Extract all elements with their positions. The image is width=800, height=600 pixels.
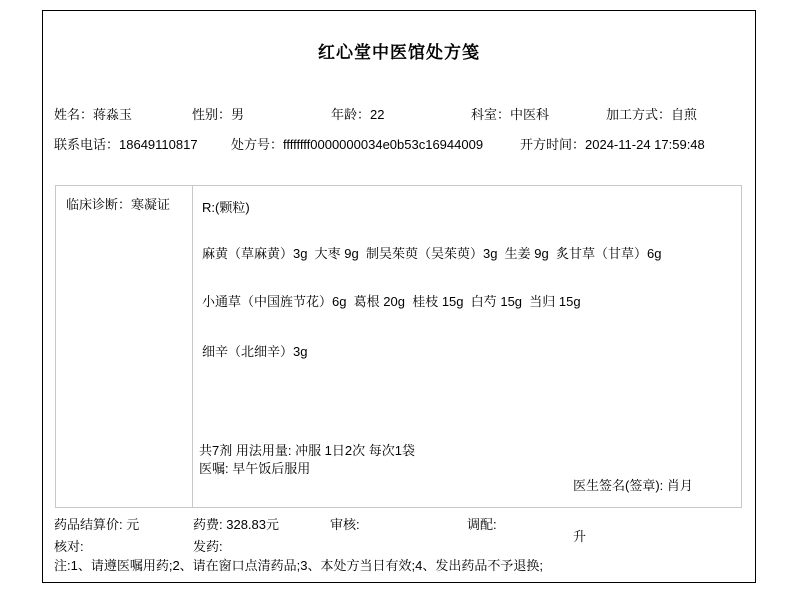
patient-age-value: 22 [370,107,384,122]
patient-name-label: 姓名： [54,107,93,122]
rx-header: R:(颗粒) [202,200,250,215]
usage-line: 共7剂 用法用量: 冲服 1日2次 每次1袋 [199,443,415,458]
doctor-signature-line2: 升 [573,528,733,545]
settlement-price-label: 药品结算价: [54,517,126,532]
fee-value: 328.83元 [226,517,279,532]
settlement-price-value: 元 [126,517,139,532]
rx-number-label: 处方号： [231,137,283,152]
check-field: 核对: [54,539,84,554]
page-title: 红心堂中医馆处方笺 [43,38,755,63]
phone-value: 18649110817 [119,137,198,152]
compound-field: 调配: [467,517,497,532]
processing-method-label: 加工方式： [606,107,671,122]
processing-method-value: 自煎 [671,107,697,122]
rx-number-field: 处方号：ffffffff0000000034e0b53c16944009 [231,137,483,152]
patient-gender-field: 性别：男 [192,107,244,122]
review-field: 审核: [330,517,360,532]
herb-line-3: 细辛（北细辛）3g [202,344,732,359]
patient-name-field: 姓名：蒋淼玉 [54,107,132,122]
rx-number-value: ffffffff0000000034e0b53c16944009 [283,137,483,152]
dispense-field: 发药: [193,539,223,554]
herb-line-2: 小通草（中国旌节花）6g 葛根 20g 桂枝 15g 白芍 15g 当归 15g [202,294,732,309]
prescription-box: 临床诊断：寒凝证 R:(颗粒) 麻黄（草麻黄）3g 大枣 9g 制吴茱萸（吴茱萸… [55,185,742,508]
patient-age-label: 年龄： [331,107,370,122]
patient-gender-value: 男 [231,107,244,122]
department-label: 科室： [471,107,510,122]
issue-time-field: 开方时间：2024-11-24 17:59:48 [520,137,705,152]
settlement-price-field: 药品结算价: 元 [54,517,139,532]
processing-method-field: 加工方式：自煎 [606,107,697,122]
phone-label: 联系电话： [54,137,119,152]
patient-age-field: 年龄：22 [331,107,384,122]
fee-field: 药费: 328.83元 [193,517,279,532]
prescription-page: 红心堂中医馆处方笺 姓名：蒋淼玉 性别：男 年龄：22 科室：中医科 加工方式：… [0,0,800,600]
issue-time-label: 开方时间： [520,137,585,152]
doctor-signature-line1: 医生签名(签章): 肖月 [573,477,733,494]
doctor-advice-line: 医嘱: 早午饭后服用 [199,461,310,476]
phone-field: 联系电话：18649110817 [54,137,198,152]
prescription-form-border: 红心堂中医馆处方笺 姓名：蒋淼玉 性别：男 年龄：22 科室：中医科 加工方式：… [42,10,756,583]
diagnosis-column-divider [192,186,193,507]
patient-gender-label: 性别： [192,107,231,122]
patient-name-value: 蒋淼玉 [93,107,132,122]
department-field: 科室：中医科 [471,107,549,122]
diagnosis-field: 临床诊断：寒凝证 [66,197,170,212]
diagnosis-label: 临床诊断： [66,197,131,212]
issue-time-value: 2024-11-24 17:59:48 [585,137,705,152]
herb-line-1: 麻黄（草麻黄）3g 大枣 9g 制吴茱萸（吴茱萸）3g 生姜 9g 炙甘草（甘草… [202,246,732,261]
fee-label: 药费: [193,517,226,532]
diagnosis-value: 寒凝证 [131,197,170,212]
footer-note: 注:1、请遵医嘱用药;2、请在窗口点清药品;3、本处方当日有效;4、发出药品不予… [54,558,744,573]
department-value: 中医科 [510,107,549,122]
